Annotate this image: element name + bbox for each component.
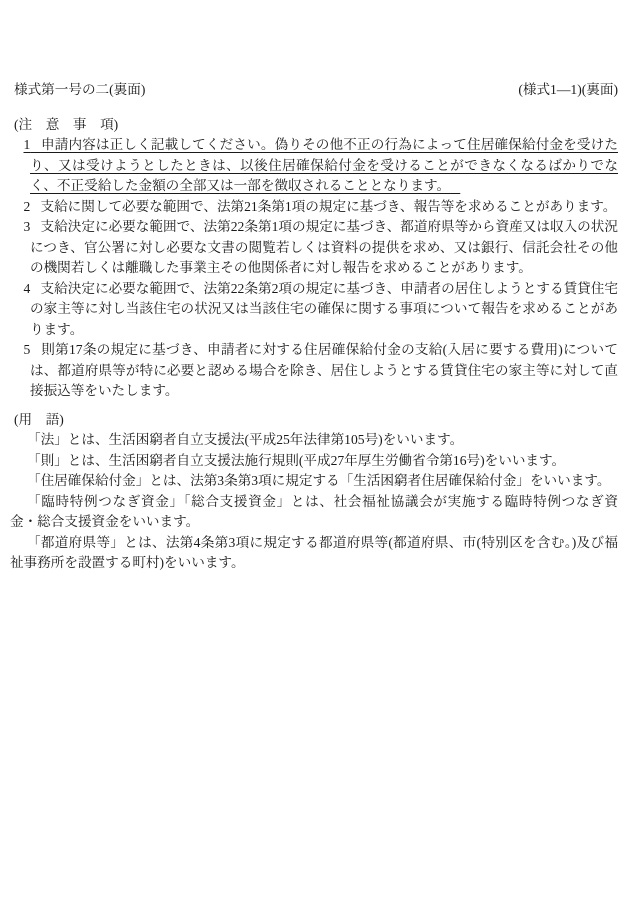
terms-list: 「法」とは、生活困窮者自立支援法(平成25年法律第105号)をいいます。 「則」… — [0, 430, 618, 574]
terms-heading: (用 語) — [14, 410, 618, 431]
note-2-text: 支給に関して必要な範囲で、法第21条第1項の規定に基づき、報告等を求めることがあ… — [41, 199, 617, 214]
note-1-text: 申請内容は正しく記載してください。偽りその他不正の行為によって住居確保給付金を受… — [30, 137, 618, 193]
note-item-2: 2支給に関して必要な範囲で、法第21条第1項の規定に基づき、報告等を求めることが… — [30, 197, 618, 218]
note-item-5: 5則第17条の規定に基づき、申請者に対する住居確保給付金の支給(入居に要する費用… — [30, 340, 618, 402]
note-3-text: 支給決定に必要な範囲で、法第22条第1項の規定に基づき、都道府県等から資産又は収… — [30, 219, 618, 275]
term-definition-law: 「法」とは、生活困窮者自立支援法(平成25年法律第105号)をいいます。 — [10, 430, 618, 451]
form-number-left: 様式第一号の二(裏面) — [14, 80, 145, 101]
term-definition-housing-benefit: 「住居確保給付金」とは、法第3条第3項に規定する「生活困窮者住居確保給付金」をい… — [10, 471, 618, 492]
term-definition-prefectures: 「都道府県等」とは、法第4条第3項に規定する都道府県等(都道府県、市(特別区を含… — [10, 533, 618, 574]
note-item-1: 1申請内容は正しく記載してください。偽りその他不正の行為によって住居確保給付金を… — [30, 135, 618, 197]
term-definition-rule: 「則」とは、生活困窮者自立支援法施行規則(平成27年厚生労働省令第16号)をいい… — [10, 451, 618, 472]
note-1-number: 1 — [24, 137, 41, 152]
term-definition-emergency-funds: 「臨時特例つなぎ資金」「総合支援資金」とは、社会福祉協議会が実施する臨時特例つな… — [10, 492, 618, 533]
note-item-3: 3支給決定に必要な範囲で、法第22条第1項の規定に基づき、都道府県等から資産又は… — [30, 217, 618, 279]
note-5-text: 則第17条の規定に基づき、申請者に対する住居確保給付金の支給(入居に要する費用)… — [30, 342, 618, 398]
notes-heading: (注 意 事 項) — [14, 115, 618, 136]
notes-list: 1申請内容は正しく記載してください。偽りその他不正の行為によって住居確保給付金を… — [0, 135, 618, 402]
note-5-number: 5 — [24, 342, 42, 357]
note-4-text: 支給決定に必要な範囲で、法第22条第2項の規定に基づき、申請者の居住しようとする… — [30, 281, 618, 337]
document-page: 様式第一号の二(裏面) (様式1―1)(裏面) (注 意 事 項) 1申請内容は… — [0, 0, 630, 903]
note-item-4: 4支給決定に必要な範囲で、法第22条第2項の規定に基づき、申請者の居住しようとす… — [30, 279, 618, 341]
note-4-number: 4 — [24, 281, 41, 296]
note-3-number: 3 — [24, 219, 41, 234]
form-number-right: (様式1―1)(裏面) — [518, 80, 618, 101]
note-2-number: 2 — [24, 199, 41, 214]
page-header: 様式第一号の二(裏面) (様式1―1)(裏面) — [0, 80, 618, 101]
